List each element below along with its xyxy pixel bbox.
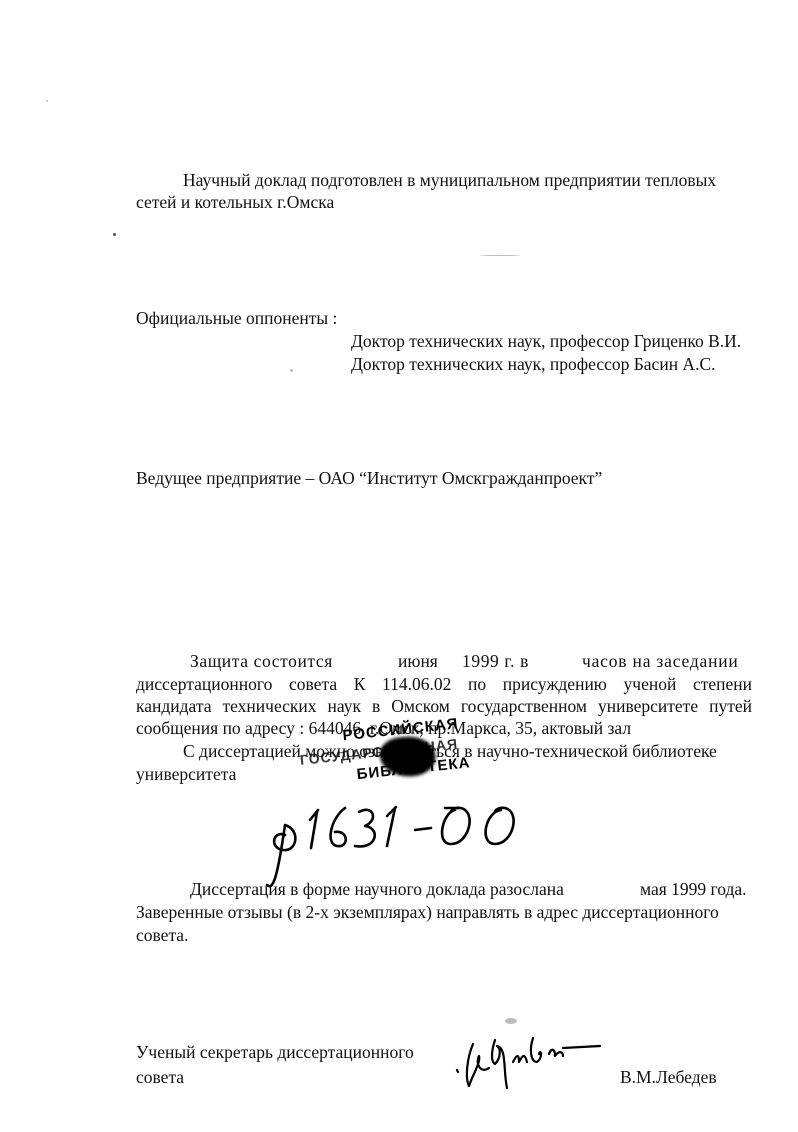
leading-organization: Ведущее предприятие – ОАО “Институт Омск… [136,467,602,489]
distribution-line-2: Заверенные отзывы (в 2-х экземплярах) на… [136,901,719,923]
defense-line-2: диссертационного совета К 114.06.02 по п… [136,673,752,695]
defense-line-1c: 1999 г. в [462,650,529,672]
opponent-2: Доктор технических наук, профессор Басин… [351,353,716,375]
defense-line-6: университета [136,763,236,785]
secretary-title-line-1: Ученый секретарь диссертационного [136,1041,414,1063]
opponent-1: Доктор технических наук, профессор Грице… [351,330,741,352]
scan-speck [480,255,520,256]
scan-speck [290,369,293,372]
secretary-name: В.М.Лебедев [620,1066,717,1088]
defense-line-1d: часов на заседании [582,650,739,672]
secretary-signature [455,1018,605,1098]
distribution-line-1a: Диссертация в форме научного доклада раз… [190,878,564,900]
distribution-line-1b: мая 1999 года. [640,878,747,900]
prepared-by-line-2: сетей и котельных г.Омска [136,191,334,213]
library-stamp: РОССИЙСКАЯ ГОСУДАРСТВЕННАЯ БИБЛИОТЕКА [322,715,468,795]
opponents-label: Официальные оппоненты : [136,307,337,329]
scan-speck [113,233,116,236]
defense-line-1b: июня [398,650,438,672]
defense-line-3: кандидата технических наук в Омском госу… [136,695,752,717]
secretary-title-line-2: совета [136,1066,184,1088]
distribution-line-3: совета. [136,924,188,946]
prepared-by-line-1: Научный доклад подготовлен в муниципальн… [183,169,716,191]
defense-line-1a: Защита состоится [190,650,333,672]
scan-speck [46,100,48,102]
